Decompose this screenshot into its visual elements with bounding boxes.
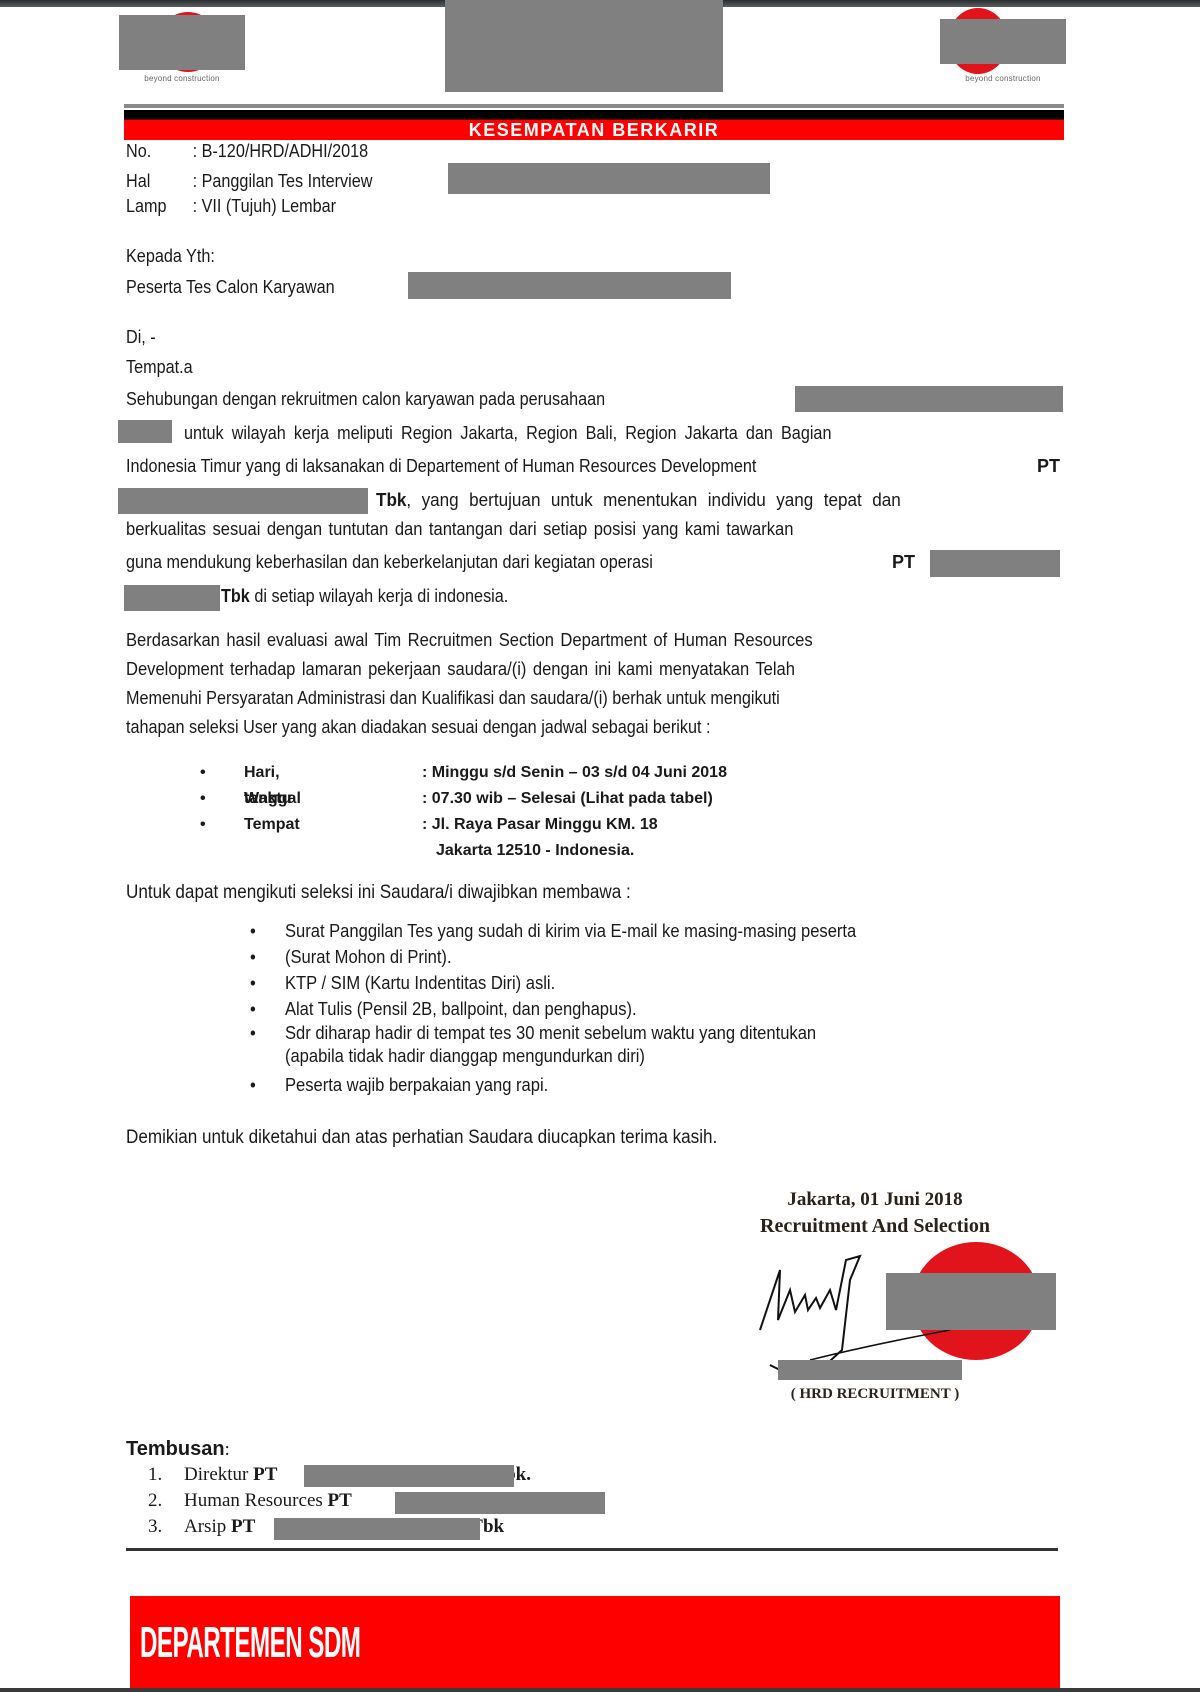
bring-list: •Surat Panggilan Tes yang sudah di kirim… (250, 918, 821, 1098)
bullet-icon: • (250, 918, 256, 944)
bullet-icon: • (200, 786, 206, 812)
redacted-company-name (304, 1465, 514, 1487)
logo-left-caption: beyond construction (119, 74, 245, 83)
recipient-place: Tempat.a (126, 356, 193, 378)
recipient-di: Di, - (126, 326, 156, 348)
redacted-company-name (795, 386, 1063, 412)
redacted-signatory-title (778, 1360, 962, 1380)
greeting: Kepada Yth: (126, 245, 215, 267)
paragraph-line: Indonesia Timur yang di laksanakan di De… (126, 454, 1060, 478)
redacted-logo-right (940, 19, 1066, 64)
bring-item: •KTP / SIM (Kartu Indentitas Diri) asli. (250, 970, 821, 996)
bullet-icon: • (250, 970, 256, 996)
redacted-logo-left (119, 15, 245, 70)
attachment-label: Lamp (126, 195, 193, 217)
subject-label: Hal (126, 170, 193, 192)
bring-item: •Sdr diharap hadir di tempat tes 30 meni… (250, 1022, 821, 1068)
paragraph-line: Tbk di setiap wilayah kerja di indonesia… (221, 584, 1060, 608)
paragraph-line: Memenuhi Persyaratan Administrasi dan Ku… (126, 686, 1060, 710)
redacted-company-name (118, 488, 368, 514)
bullet-icon: • (250, 1022, 256, 1045)
recipient-to: Peserta Tes Calon Karyawan (126, 276, 335, 298)
bullet-icon: • (250, 1072, 256, 1098)
paragraph-line: berkualitas sesuai dengan tuntutan dan t… (126, 517, 1060, 541)
number-value: : B-120/HRD/ADHI/2018 (193, 141, 369, 161)
bring-intro: Untuk dapat mengikuti seleksi ini Saudar… (126, 882, 631, 904)
bullet-icon: • (250, 996, 256, 1022)
paragraph-line: guna mendukung keberhasilan dan keberkel… (126, 550, 1060, 574)
number-label: No. (126, 140, 193, 162)
redacted-recipient (408, 272, 731, 299)
cc-item: 3. Arsip PTTbk (126, 1514, 230, 1540)
logo-right-caption: beyond construction (940, 74, 1066, 83)
footer-rule (126, 1548, 1058, 1551)
subject-value: : Panggilan Tes Interview (193, 171, 373, 191)
signature-role: ( HRD RECRUITMENT ) (720, 1384, 1030, 1404)
signature-department: Recruitment And Selection (720, 1214, 1030, 1238)
closing-text: Demikian untuk diketahui dan atas perhat… (126, 1127, 717, 1149)
bullet-icon: • (200, 760, 206, 786)
redacted-company-name (118, 420, 172, 443)
cc-list: Tembusan: 1. Direktur PTTbk. 2. Human Re… (126, 1436, 230, 1540)
banner-title: KESEMPATAN BERKARIR (124, 120, 1064, 140)
paragraph-line: untuk wilayah kerja meliputi Region Jaka… (184, 421, 1060, 445)
header-rule (124, 104, 1064, 108)
redacted-company-name (930, 550, 1060, 577)
paragraph-line: tahapan seleksi User yang akan diadakan … (126, 715, 1060, 739)
attachment-value: : VII (Tujuh) Lembar (193, 196, 336, 216)
bullet-icon: • (200, 812, 206, 838)
bring-item: •Peserta wajib berpakaian yang rapi. (250, 1072, 821, 1098)
bring-item: •Alat Tulis (Pensil 2B, ballpoint, dan p… (250, 996, 821, 1022)
redacted-company-header (445, 0, 723, 92)
cc-item: 2. Human Resources PTTbk (126, 1488, 230, 1514)
letter-attachment: Lamp: VII (Tujuh) Lembar (126, 195, 336, 217)
bring-item: •(Surat Mohon di Print). (250, 944, 821, 970)
paragraph-line: Tbk, yang bertujuan untuk menentukan ind… (376, 488, 1060, 512)
paragraph-line: Development terhadap lamaran pekerjaan s… (126, 657, 1060, 681)
redacted-company-name (395, 1492, 605, 1514)
footer-label: DEPARTEMEN SDM (140, 1618, 360, 1668)
title-banner: KESEMPATAN BERKARIR (124, 110, 1064, 140)
bring-item: •Surat Panggilan Tes yang sudah di kirim… (250, 918, 821, 944)
redacted-company-name (124, 585, 220, 611)
bullet-icon: • (250, 944, 256, 970)
redacted-company-name (274, 1518, 480, 1540)
window-bottom-bar (0, 1688, 1200, 1692)
redacted-signatory-name (886, 1273, 1056, 1330)
paragraph-line: Berdasarkan hasil evaluasi awal Tim Recr… (126, 628, 1060, 652)
cc-item: 1. Direktur PTTbk. (126, 1462, 230, 1488)
letter-subject: Hal: Panggilan Tes Interview (126, 170, 372, 192)
cc-title: Tembusan: (126, 1436, 230, 1462)
redacted-subject (448, 163, 770, 194)
footer-banner: DEPARTEMEN SDM (130, 1596, 1060, 1688)
signature-place-date: Jakarta, 01 Juni 2018 (720, 1188, 1030, 1212)
letter-number: No.: B-120/HRD/ADHI/2018 (126, 140, 368, 162)
